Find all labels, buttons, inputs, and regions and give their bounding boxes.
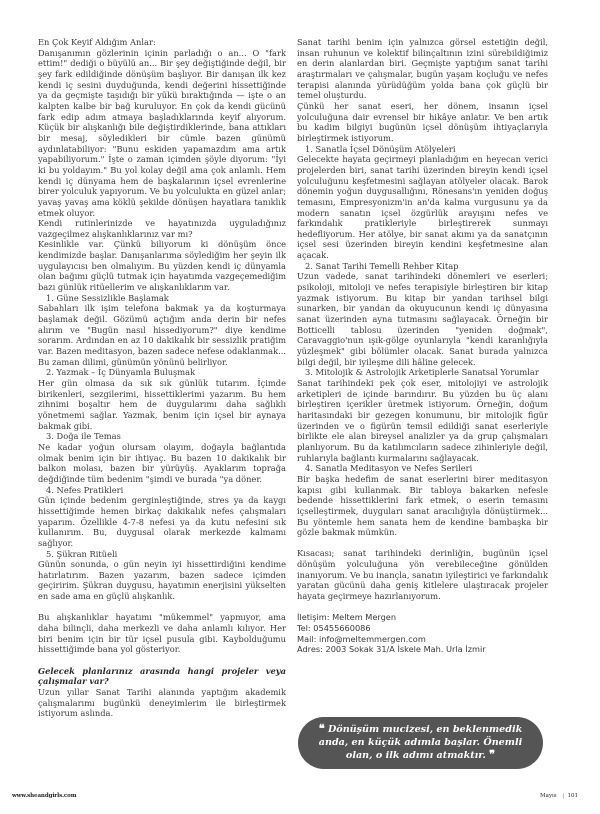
paragraph-moments: Danışanımın gözlerinin içinin parladığı … xyxy=(38,48,286,219)
habit-title: 3. Doğa ile Temas xyxy=(38,431,286,442)
paragraph-summary: Kısacası; sanat tarihindeki derinliğin, … xyxy=(297,548,548,601)
contact-address: Adres: 2003 Sokak 31/A İskele Mah. Urla … xyxy=(297,644,548,655)
question-future: Gelecek planlarınız arasında hangi proje… xyxy=(38,666,286,687)
project-text: Uzun vadede, sanat tarihindeki dönemleri… xyxy=(297,271,548,367)
footer-month: Mayıs xyxy=(540,793,557,799)
habit-text: Ne kadar yoğun olursam olayım, doğayla b… xyxy=(38,442,286,485)
section-heading-moments: En Çok Keyif Aldığım Anlar: xyxy=(38,37,286,48)
footer-page-info: Mayıs|101 xyxy=(540,793,578,799)
project-title: 1. Sanatla İçsel Dönüşüm Atölyeleri xyxy=(297,144,548,155)
spacer xyxy=(38,655,286,666)
spacer xyxy=(297,602,548,613)
question-routines: Kendi rutinlerinizde ve hayatınızda uygu… xyxy=(38,218,286,239)
right-column: Sanat tarihi benim için yalnızca görsel … xyxy=(297,37,548,655)
habit-text: Her gün olmasa da sık sık günlük tutarım… xyxy=(38,378,286,431)
left-column: En Çok Keyif Aldığım Anlar: Danışanımın … xyxy=(38,37,286,719)
close-quote-icon: ❞ xyxy=(489,748,495,761)
project-title: 3. Mitolojik & Astrolojik Arketiplerle S… xyxy=(297,367,548,378)
project-text: Sanat tarihindeki pek çok eser, mitoloji… xyxy=(297,378,548,463)
habit-text: Sabahları ilk işim telefona bakmak ya da… xyxy=(38,303,286,367)
habit-title: 1. Güne Sessizlikle Başlamak xyxy=(38,293,286,304)
paragraph-art-history: Sanat tarihi benim için yalnızca görsel … xyxy=(297,37,548,101)
contact-name: İletişim: Meltem Mergen xyxy=(297,612,548,623)
habit-title: 5. Şükran Ritüeli xyxy=(38,549,286,560)
paragraph-future: Uzun yıllar Sanat Tarihi alanında yaptığ… xyxy=(38,687,286,719)
open-quote-icon: ❝ xyxy=(319,722,325,735)
pull-quote-box: ❝ Dönüşüm mucizesi, en beklenmedik anda,… xyxy=(298,717,543,769)
page-number: 101 xyxy=(568,793,579,799)
contact-email[interactable]: Mail: info@meltemmergen.com xyxy=(297,634,548,645)
paragraph-routines: Kesinlikle var. Çünkü biliyorum ki dönüş… xyxy=(38,239,286,292)
footer-divider: | xyxy=(563,793,565,799)
habit-title: 2. Yazmak – İç Dünyamla Buluşmak xyxy=(38,367,286,378)
spacer xyxy=(297,538,548,549)
habit-text: Günün sonunda, o gün neyin iyi hissettir… xyxy=(38,559,286,602)
habit-text: Gün içinde bedenim gerginleştiğinde, str… xyxy=(38,495,286,548)
project-title: 2. Sanat Tarihi Temelli Rehber Kitap xyxy=(297,261,548,272)
paragraph-compass: Bu alışkanlıklar hayatımı "mükemmel" yap… xyxy=(38,612,286,655)
contact-phone[interactable]: Tel: 05455660086 xyxy=(297,623,548,634)
habit-title: 4. Nefes Pratikleri xyxy=(38,485,286,496)
pull-quote: ❝ Dönüşüm mucizesi, en beklenmedik anda,… xyxy=(314,723,527,763)
spacer xyxy=(38,602,286,613)
paragraph-universal-story: Çünkü her sanat eseri, her dönem, insanı… xyxy=(297,101,548,144)
footer-website[interactable]: www.sheandgirls.com xyxy=(12,793,76,799)
project-text: Bir başka hedefim de sanat eserlerini bi… xyxy=(297,474,548,538)
project-text: Gelecekte hayata geçirmeyi planladığım e… xyxy=(297,154,548,261)
project-title: 4. Sanatla Meditasyon ve Nefes Serileri xyxy=(297,463,548,474)
